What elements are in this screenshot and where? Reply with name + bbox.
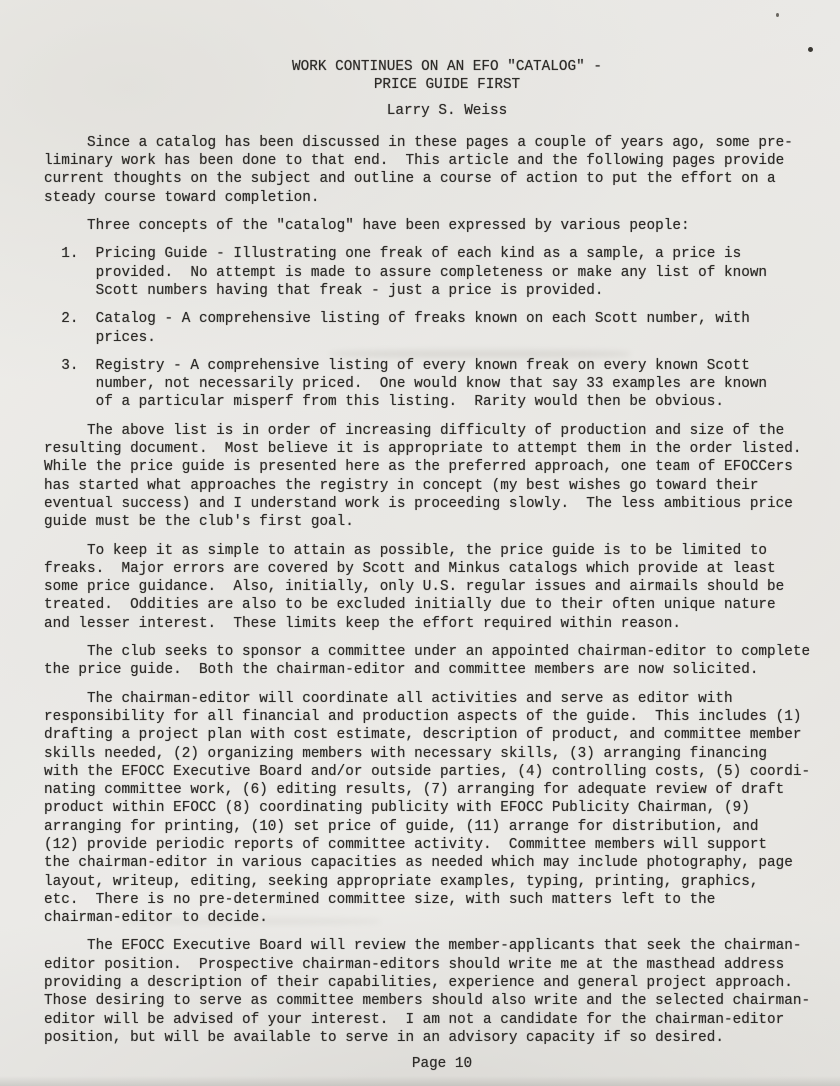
article-title-line-1: WORK CONTINUES ON AN EFO "CATALOG" -	[80, 58, 814, 76]
text-line: Since a catalog has been discussed in th…	[44, 134, 814, 152]
concepts-lead-paragraph: Three concepts of the "catalog" have bee…	[44, 217, 814, 235]
list-item-3-registry: 3. Registry - A comprehensive listing of…	[44, 357, 814, 412]
list-item-2-catalog: 2. Catalog - A comprehensive listing of …	[44, 310, 814, 347]
text-line: layout, writeup, editing, seeking approp…	[44, 873, 814, 891]
text-line: providing a description of their capabil…	[44, 974, 814, 992]
text-line: Three concepts of the "catalog" have bee…	[44, 217, 814, 235]
text-line: arranging for printing, (10) set price o…	[44, 818, 814, 836]
text-line: editor position. Prospective chairman-ed…	[44, 956, 814, 974]
text-line: some price guidance. Also, initially, on…	[44, 578, 814, 596]
text-line: skills needed, (2) organizing members wi…	[44, 745, 814, 763]
text-line: the price guide. Both the chairman-edito…	[44, 661, 814, 679]
article-author: Larry S. Weiss	[80, 102, 814, 120]
text-line: While the price guide is presented here …	[44, 458, 814, 476]
text-line: number, not necessarily priced. One woul…	[44, 375, 814, 393]
text-line: The above list is in order of increasing…	[44, 422, 814, 440]
text-line: position, but will be available to serve…	[44, 1029, 814, 1047]
text-line: 1. Pricing Guide - Illustrating one frea…	[44, 245, 814, 263]
text-line: 3. Registry - A comprehensive listing of…	[44, 357, 814, 375]
text-line: freaks. Major errors are covered by Scot…	[44, 560, 814, 578]
text-line: Those desiring to serve as committee mem…	[44, 992, 814, 1010]
text-line: The EFOCC Executive Board will review th…	[44, 937, 814, 955]
text-line: 2. Catalog - A comprehensive listing of …	[44, 310, 814, 328]
text-line: (12) provide periodic reports of committ…	[44, 836, 814, 854]
text-line: To keep it as simple to attain as possib…	[44, 542, 814, 560]
text-line: nating committee work, (6) editing resul…	[44, 781, 814, 799]
text-line: resulting document. Most believe it is a…	[44, 440, 814, 458]
intro-paragraph: Since a catalog has been discussed in th…	[44, 134, 814, 207]
text-line: responsibility for all financial and pro…	[44, 708, 814, 726]
text-line: current thoughts on the subject and outl…	[44, 170, 814, 188]
scope-limits-paragraph: To keep it as simple to attain as possib…	[44, 542, 814, 633]
list-item-1-pricing-guide: 1. Pricing Guide - Illustrating one frea…	[44, 245, 814, 300]
scanned-document-page: WORK CONTINUES ON AN EFO "CATALOG" - PRI…	[0, 0, 840, 1086]
text-line: eventual success) and I understand work …	[44, 495, 814, 513]
page-footer: Page 10	[44, 1055, 814, 1073]
document-content: WORK CONTINUES ON AN EFO "CATALOG" - PRI…	[44, 58, 814, 1074]
scan-speck	[776, 13, 779, 17]
text-line: chairman-editor to decide.	[44, 909, 814, 927]
order-of-difficulty-paragraph: The above list is in order of increasing…	[44, 422, 814, 532]
text-line: provided. No attempt is made to assure c…	[44, 264, 814, 282]
executive-board-review-paragraph: The EFOCC Executive Board will review th…	[44, 937, 814, 1047]
text-line: the chairman-editor in various capacitie…	[44, 854, 814, 872]
article-header: WORK CONTINUES ON AN EFO "CATALOG" - PRI…	[44, 58, 814, 120]
text-line: The club seeks to sponsor a committee un…	[44, 643, 814, 661]
text-line: treated. Oddities are also to be exclude…	[44, 596, 814, 614]
text-line: with the EFOCC Executive Board and/or ou…	[44, 763, 814, 781]
scan-speck	[808, 47, 813, 52]
text-line: Scott numbers having that freak - just a…	[44, 282, 814, 300]
text-line: editor will be advised of your interest.…	[44, 1011, 814, 1029]
text-line: of a particular misperf from this listin…	[44, 393, 814, 411]
text-line: liminary work has been done to that end.…	[44, 152, 814, 170]
document-body: Since a catalog has been discussed in th…	[44, 134, 814, 1047]
chairman-editor-duties-paragraph: The chairman-editor will coordinate all …	[44, 690, 814, 928]
text-line: guide must be the club's first goal.	[44, 513, 814, 531]
text-line: has started what approaches the registry…	[44, 477, 814, 495]
text-line: drafting a project plan with cost estima…	[44, 726, 814, 744]
article-title-line-2: PRICE GUIDE FIRST	[80, 76, 814, 94]
scan-edge-shadow	[0, 1076, 840, 1086]
text-line: and lesser interest. These limits keep t…	[44, 615, 814, 633]
text-line: The chairman-editor will coordinate all …	[44, 690, 814, 708]
text-line: product within EFOCC (8) coordinating pu…	[44, 799, 814, 817]
text-line: etc. There is no pre-determined committe…	[44, 891, 814, 909]
text-line: steady course toward completion.	[44, 189, 814, 207]
text-line: prices.	[44, 329, 814, 347]
committee-solicitation-paragraph: The club seeks to sponsor a committee un…	[44, 643, 814, 680]
page-number: Page 10	[70, 1055, 814, 1073]
